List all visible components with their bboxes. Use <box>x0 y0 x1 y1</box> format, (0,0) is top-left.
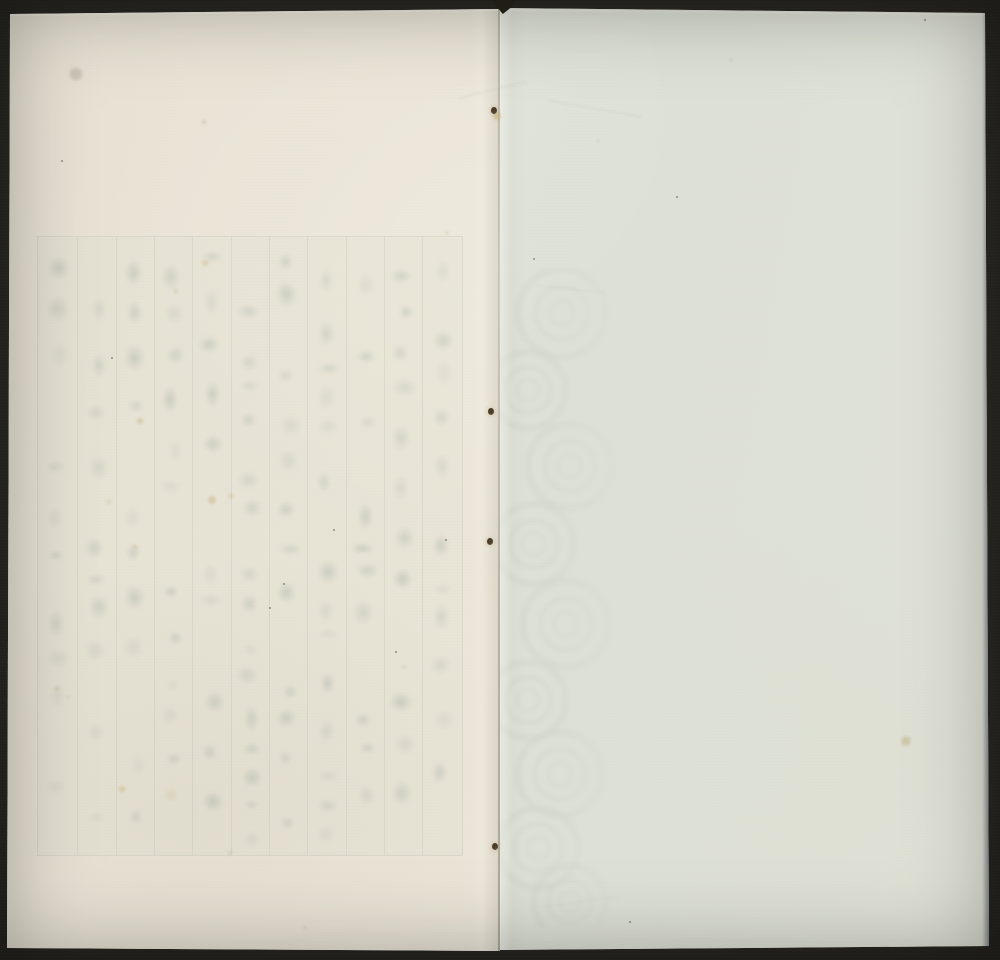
ghost-glyph <box>241 767 263 788</box>
foxing-stain <box>596 139 600 143</box>
ghost-glyph <box>165 679 180 692</box>
stitch-hole <box>492 843 498 850</box>
ghost-glyph <box>161 264 180 290</box>
foxing-stain <box>303 926 307 930</box>
ghost-glyph <box>89 455 108 481</box>
ghost-glyph <box>318 363 340 374</box>
ghost-glyph <box>316 799 339 812</box>
ghost-glyph <box>129 809 143 824</box>
ghost-glyph <box>204 289 219 314</box>
bleed-through-text-block <box>37 236 463 856</box>
dust-speck <box>533 258 535 260</box>
foxing-stain <box>118 785 126 793</box>
ghost-glyph <box>122 635 145 660</box>
ghost-glyph <box>237 304 260 319</box>
foxing-stain <box>54 686 60 692</box>
dust-speck <box>445 539 447 541</box>
ghost-glyph <box>127 301 141 324</box>
ghost-glyph <box>244 705 259 732</box>
ghost-glyph <box>92 354 106 376</box>
foxing-stain <box>164 788 178 802</box>
ghost-glyph <box>160 479 182 494</box>
ghost-glyph <box>236 666 258 685</box>
ghost-glyph <box>241 595 257 613</box>
foxing-stain <box>207 495 217 505</box>
ghost-glyph <box>399 305 413 319</box>
ghost-glyph <box>351 543 374 554</box>
foxing-stain <box>227 850 233 856</box>
ghost-glyph <box>124 345 145 371</box>
ghost-glyph <box>432 762 447 783</box>
ghost-glyph <box>242 499 262 517</box>
ghost-glyph <box>277 582 296 604</box>
gutter-shadow <box>470 0 499 960</box>
foxing-stain <box>66 695 70 699</box>
ghost-glyph <box>317 769 339 783</box>
dust-speck <box>283 583 285 585</box>
ghost-glyph <box>390 692 412 712</box>
dust-speck <box>629 921 631 923</box>
ghost-glyph <box>161 705 179 725</box>
ghost-glyph <box>318 599 335 623</box>
ghost-glyph <box>124 507 141 529</box>
ghost-glyph <box>317 629 339 639</box>
ghost-glyph <box>359 415 376 429</box>
ghost-glyph <box>354 713 372 726</box>
foxing-stain <box>228 493 234 499</box>
ghost-glyph <box>88 812 105 823</box>
ghost-glyph <box>358 785 375 806</box>
book-scan-photo <box>0 0 1000 960</box>
ghost-glyph <box>166 346 184 364</box>
ghost-glyph <box>203 435 224 453</box>
foxing-stain <box>136 417 144 425</box>
binding-seam <box>498 8 500 951</box>
ghost-glyph <box>205 381 220 406</box>
ghost-glyph <box>395 527 414 549</box>
ghost-glyph <box>392 425 411 451</box>
ghost-glyph <box>317 419 339 435</box>
ghost-glyph <box>164 586 178 597</box>
ghost-glyph <box>240 566 259 582</box>
ghost-glyph <box>276 709 297 727</box>
ghost-glyph <box>279 449 298 472</box>
ghost-glyph <box>435 259 451 283</box>
foxing-stain <box>201 259 209 267</box>
ghost-glyph <box>276 281 297 308</box>
ghost-glyph <box>240 354 258 371</box>
ghost-glyph <box>130 752 146 778</box>
ghost-glyph <box>164 303 184 324</box>
ghost-glyph <box>87 723 104 742</box>
ghost-glyph <box>393 475 408 501</box>
ghost-glyph <box>85 640 105 661</box>
ghost-glyph <box>318 384 335 410</box>
dust-speck <box>924 19 926 21</box>
ghost-glyph <box>166 753 182 765</box>
stitch-hole <box>491 107 497 114</box>
ghost-glyph-smudges <box>38 237 462 855</box>
ghost-glyph <box>319 269 334 292</box>
ghost-glyph <box>392 781 412 805</box>
ghost-glyph <box>244 800 259 809</box>
ghost-glyph <box>434 584 452 594</box>
dust-speck <box>111 357 113 359</box>
ghost-glyph <box>356 563 379 577</box>
ghost-glyph <box>278 253 293 270</box>
ghost-glyph <box>89 595 108 619</box>
ghost-glyph <box>168 631 183 645</box>
foxing-stain <box>900 735 912 747</box>
ghost-glyph <box>48 256 69 280</box>
ghost-glyph <box>47 649 69 667</box>
ghost-glyph <box>124 585 144 610</box>
ghost-glyph <box>393 378 415 397</box>
ghost-glyph <box>87 575 105 584</box>
ghost-glyph <box>237 471 259 489</box>
ghost-glyph <box>277 501 295 518</box>
ghost-glyph <box>433 604 449 630</box>
dust-speck <box>333 529 335 531</box>
dust-speck <box>269 607 271 609</box>
ghost-glyph <box>390 269 412 283</box>
ghost-glyph <box>46 461 65 473</box>
ghost-glyph <box>168 439 183 463</box>
ghost-glyph <box>204 691 225 713</box>
ghost-glyph <box>240 413 257 427</box>
cover-edge-strip <box>982 12 990 948</box>
dust-speck <box>61 160 63 162</box>
ghost-glyph <box>359 743 376 753</box>
ghost-glyph <box>318 321 334 347</box>
dust-speck <box>676 196 678 198</box>
ghost-glyph <box>279 414 301 438</box>
ghost-glyph <box>49 551 63 560</box>
ghost-glyph <box>242 742 262 756</box>
ghost-glyph <box>200 594 222 606</box>
ghost-glyph <box>357 274 375 295</box>
ghost-glyph <box>202 743 217 762</box>
dust-speck <box>395 651 397 653</box>
foxing-stain <box>132 544 138 550</box>
ghost-glyph <box>283 685 298 699</box>
stitch-hole <box>487 538 493 545</box>
foxing-stain <box>729 58 733 62</box>
ghost-glyph <box>434 454 450 479</box>
ghost-glyph <box>47 506 63 529</box>
ghost-glyph <box>394 733 416 755</box>
foxing-stain <box>68 66 84 82</box>
ghost-glyph <box>434 709 455 731</box>
ghost-glyph <box>430 656 451 674</box>
ghost-glyph <box>318 719 336 743</box>
ghost-glyph <box>279 543 302 555</box>
ghost-glyph <box>278 369 293 382</box>
ghost-glyph <box>320 673 336 694</box>
ghost-glyph <box>393 569 412 590</box>
ghost-glyph <box>125 260 142 285</box>
ghost-glyph <box>46 296 69 322</box>
ghost-glyph <box>162 386 178 413</box>
foxing-stain <box>444 230 450 236</box>
foxing-stain <box>173 288 179 294</box>
foxing-stain <box>106 499 112 505</box>
ghost-glyph <box>242 644 260 655</box>
ghost-glyph <box>51 342 68 367</box>
ghost-glyph <box>87 405 105 420</box>
gutter-highlight <box>500 0 526 960</box>
ghost-glyph <box>244 830 259 849</box>
ghost-glyph <box>353 600 374 625</box>
ghost-glyph <box>433 409 449 426</box>
foxing-stain <box>201 119 207 125</box>
ghost-glyph <box>278 750 293 765</box>
ghost-glyph <box>45 779 67 795</box>
foxing-stain <box>401 664 407 670</box>
ghost-glyph <box>433 330 454 351</box>
ghost-glyph <box>202 791 224 812</box>
stitch-hole <box>488 408 494 415</box>
ghost-glyph <box>392 345 408 361</box>
ghost-glyph <box>317 472 332 492</box>
ghost-glyph <box>203 563 219 586</box>
ghost-glyph <box>316 825 336 843</box>
ghost-glyph <box>356 350 376 363</box>
ghost-glyph <box>85 537 103 559</box>
ghost-glyph <box>128 400 144 412</box>
ghost-glyph <box>92 298 107 321</box>
ghost-glyph <box>358 503 372 530</box>
ghost-glyph <box>48 610 64 637</box>
ghost-glyph <box>317 560 339 584</box>
ghost-glyph <box>239 380 260 392</box>
ghost-glyph <box>198 336 220 354</box>
ghost-glyph <box>435 359 454 386</box>
ghost-glyph <box>280 816 295 830</box>
